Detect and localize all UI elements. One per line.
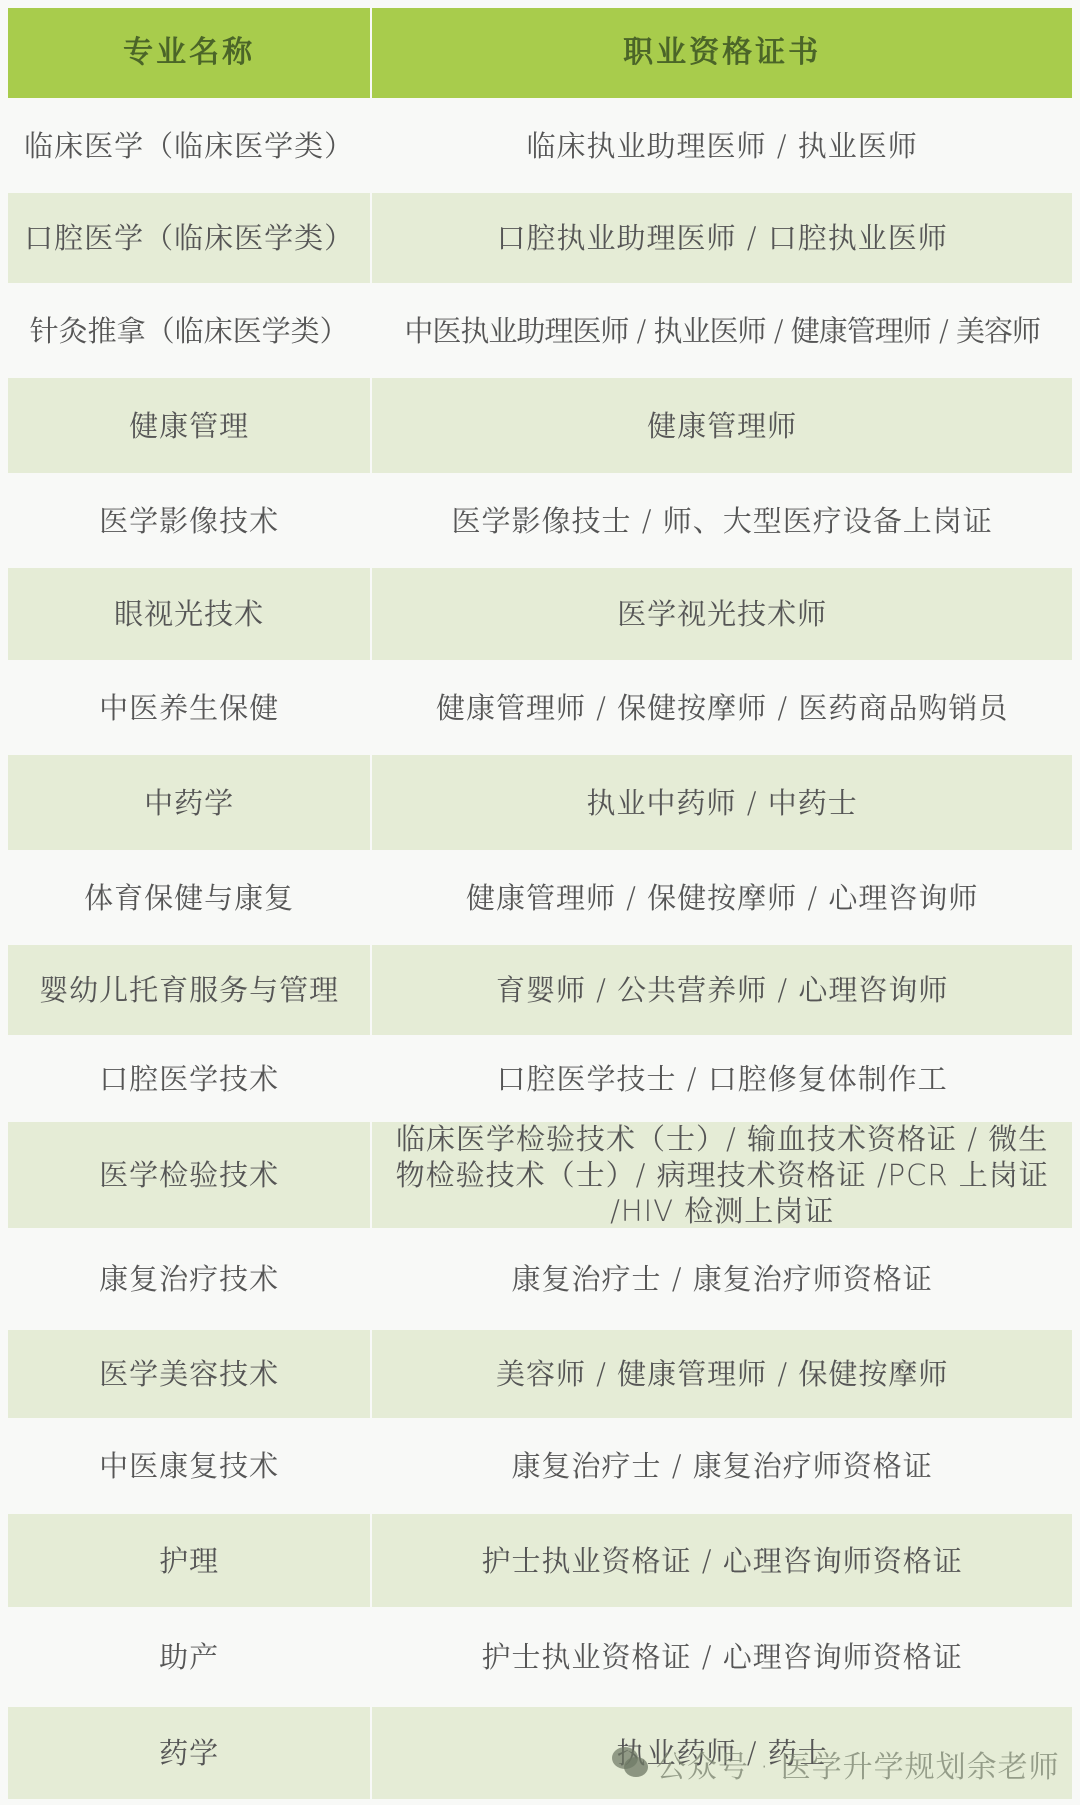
table-row: 眼视光技术 医学视光技术师 xyxy=(8,568,1072,660)
column-header-major: 专业名称 xyxy=(8,8,370,98)
major-cell: 临床医学（临床医学类） xyxy=(8,98,370,193)
table-row: 助产 护士执业资格证 / 心理咨询师资格证 xyxy=(8,1607,1072,1707)
major-cell: 护理 xyxy=(8,1514,370,1607)
table-row: 医学美容技术 美容师 / 健康管理师 / 保健按摩师 xyxy=(8,1330,1072,1418)
major-cell: 针灸推拿（临床医学类） xyxy=(8,283,370,378)
certificate-cell: 口腔执业助理医师 / 口腔执业医师 xyxy=(372,193,1072,283)
table-header-row: 专业名称 职业资格证书 xyxy=(8,8,1072,98)
certificate-cell: 美容师 / 健康管理师 / 保健按摩师 xyxy=(372,1330,1072,1418)
major-cell: 康复治疗技术 xyxy=(8,1228,370,1330)
certificate-cell: 临床执业助理医师 / 执业医师 xyxy=(372,98,1072,193)
table-row: 康复治疗技术 康复治疗士 / 康复治疗师资格证 xyxy=(8,1228,1072,1330)
major-cell: 医学影像技术 xyxy=(8,473,370,568)
major-cell: 药学 xyxy=(8,1707,370,1799)
column-header-certificate: 职业资格证书 xyxy=(372,8,1072,98)
certificate-cell: 医学视光技术师 xyxy=(372,568,1072,660)
certificate-cell: 医学影像技士 / 师、大型医疗设备上岗证 xyxy=(372,473,1072,568)
major-cell: 眼视光技术 xyxy=(8,568,370,660)
major-cell: 口腔医学技术 xyxy=(8,1035,370,1122)
certificate-cell: 健康管理师 / 保健按摩师 / 医药商品购销员 xyxy=(372,660,1072,755)
certificate-cell: 护士执业资格证 / 心理咨询师资格证 xyxy=(372,1514,1072,1607)
table-row: 婴幼儿托育服务与管理 育婴师 / 公共营养师 / 心理咨询师 xyxy=(8,945,1072,1035)
table-row: 健康管理 健康管理师 xyxy=(8,378,1072,473)
certificate-cell: 康复治疗士 / 康复治疗师资格证 xyxy=(372,1228,1072,1330)
certificate-cell: 执业中药师 / 中药士 xyxy=(372,755,1072,850)
certificate-cell: 护士执业资格证 / 心理咨询师资格证 xyxy=(372,1607,1072,1707)
major-cell: 助产 xyxy=(8,1607,370,1707)
certificate-cell: 执业药师 / 药士 xyxy=(372,1707,1072,1799)
table-row: 针灸推拿（临床医学类） 中医执业助理医师 / 执业医师 / 健康管理师 / 美容… xyxy=(8,283,1072,378)
certificate-cell: 康复治疗士 / 康复治疗师资格证 xyxy=(372,1418,1072,1514)
major-cell: 中医康复技术 xyxy=(8,1418,370,1514)
certificate-cell: 健康管理师 xyxy=(372,378,1072,473)
table-row: 口腔医学技术 口腔医学技士 / 口腔修复体制作工 xyxy=(8,1035,1072,1122)
major-cell: 口腔医学（临床医学类） xyxy=(8,193,370,283)
major-cell: 体育保健与康复 xyxy=(8,850,370,945)
major-cell: 婴幼儿托育服务与管理 xyxy=(8,945,370,1035)
major-cell: 中医养生保健 xyxy=(8,660,370,755)
certificate-table: 专业名称 职业资格证书 临床医学（临床医学类） 临床执业助理医师 / 执业医师 … xyxy=(8,8,1072,1799)
table-row: 中药学 执业中药师 / 中药士 xyxy=(8,755,1072,850)
certificate-cell: 口腔医学技士 / 口腔修复体制作工 xyxy=(372,1035,1072,1122)
table-row: 药学 执业药师 / 药士 xyxy=(8,1707,1072,1799)
table-row: 护理 护士执业资格证 / 心理咨询师资格证 xyxy=(8,1514,1072,1607)
certificate-cell: 临床医学检验技术（士）/ 输血技术资格证 / 微生物检验技术（士）/ 病理技术资… xyxy=(372,1122,1072,1228)
table-row: 口腔医学（临床医学类） 口腔执业助理医师 / 口腔执业医师 xyxy=(8,193,1072,283)
table-row: 医学影像技术 医学影像技士 / 师、大型医疗设备上岗证 xyxy=(8,473,1072,568)
table-row: 临床医学（临床医学类） 临床执业助理医师 / 执业医师 xyxy=(8,98,1072,193)
certificate-cell: 健康管理师 / 保健按摩师 / 心理咨询师 xyxy=(372,850,1072,945)
table-row: 体育保健与康复 健康管理师 / 保健按摩师 / 心理咨询师 xyxy=(8,850,1072,945)
table-row: 中医康复技术 康复治疗士 / 康复治疗师资格证 xyxy=(8,1418,1072,1514)
table-row: 中医养生保健 健康管理师 / 保健按摩师 / 医药商品购销员 xyxy=(8,660,1072,755)
certificate-cell: 中医执业助理医师 / 执业医师 / 健康管理师 / 美容师 xyxy=(372,283,1072,378)
major-cell: 医学美容技术 xyxy=(8,1330,370,1418)
major-cell: 医学检验技术 xyxy=(8,1122,370,1228)
certificate-cell: 育婴师 / 公共营养师 / 心理咨询师 xyxy=(372,945,1072,1035)
major-cell: 中药学 xyxy=(8,755,370,850)
table-row: 医学检验技术 临床医学检验技术（士）/ 输血技术资格证 / 微生物检验技术（士）… xyxy=(8,1122,1072,1228)
major-cell: 健康管理 xyxy=(8,378,370,473)
